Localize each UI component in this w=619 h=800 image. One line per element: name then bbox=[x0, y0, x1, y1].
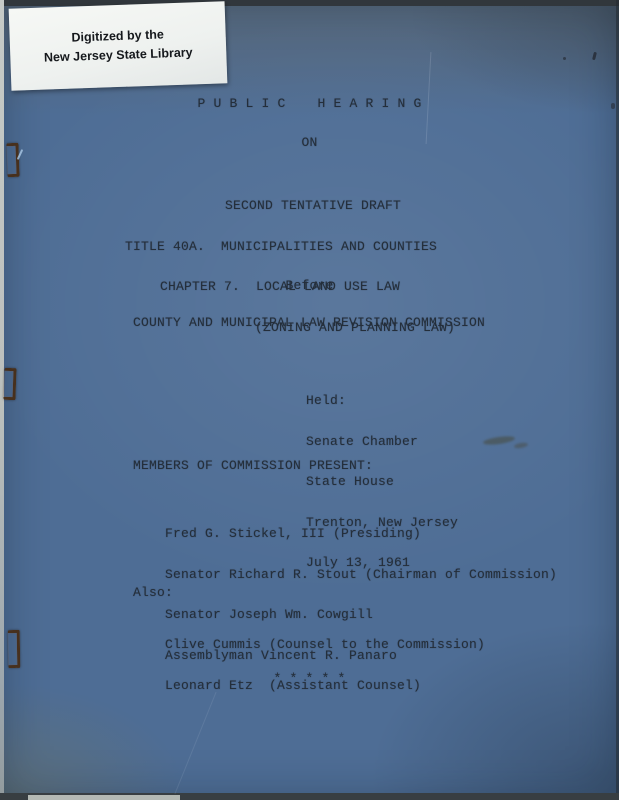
ink-blemish bbox=[563, 57, 566, 60]
members-heading: MEMBERS OF COMMISSION PRESENT: bbox=[133, 459, 373, 473]
held-line: State House bbox=[306, 475, 458, 489]
scan-edge-bottom-light bbox=[28, 795, 180, 800]
title-on: ON bbox=[0, 136, 619, 150]
smudge-stain bbox=[514, 442, 529, 449]
staple-mark bbox=[3, 368, 16, 400]
draft-line: TITLE 40A. MUNICIPALITIES AND COUNTIES bbox=[125, 240, 455, 254]
digitization-label-line2: New Jersey State Library bbox=[44, 43, 193, 68]
staple-mark bbox=[8, 630, 21, 668]
ink-blemish bbox=[592, 52, 597, 60]
commission-name: COUNTY AND MUNICIPAL LAW REVISION COMMIS… bbox=[133, 316, 485, 330]
counsel-list: Clive Cummis (Counsel to the Commission)… bbox=[165, 611, 485, 719]
draft-title-block: SECOND TENTATIVE DRAFT TITLE 40A. MUNICI… bbox=[125, 172, 455, 361]
scanned-document-page: Digitized by the New Jersey State Librar… bbox=[0, 0, 619, 800]
before-label: Before bbox=[0, 279, 619, 293]
draft-line: SECOND TENTATIVE DRAFT bbox=[225, 199, 455, 213]
page-title: P U B L I C H E A R I N G bbox=[0, 97, 619, 111]
held-line: Held: bbox=[306, 394, 458, 408]
held-line: Senate Chamber bbox=[306, 435, 458, 449]
asterisk-separator: * * * * * bbox=[0, 672, 619, 686]
member-name: Fred G. Stickel, III (Presiding) bbox=[165, 527, 557, 541]
smudge-stain bbox=[483, 435, 516, 446]
also-heading: Also: bbox=[133, 586, 173, 600]
member-name: Senator Richard R. Stout (Chairman of Co… bbox=[165, 568, 557, 582]
digitization-label: Digitized by the New Jersey State Librar… bbox=[9, 1, 228, 90]
counsel-name: Clive Cummis (Counsel to the Commission) bbox=[165, 638, 485, 652]
